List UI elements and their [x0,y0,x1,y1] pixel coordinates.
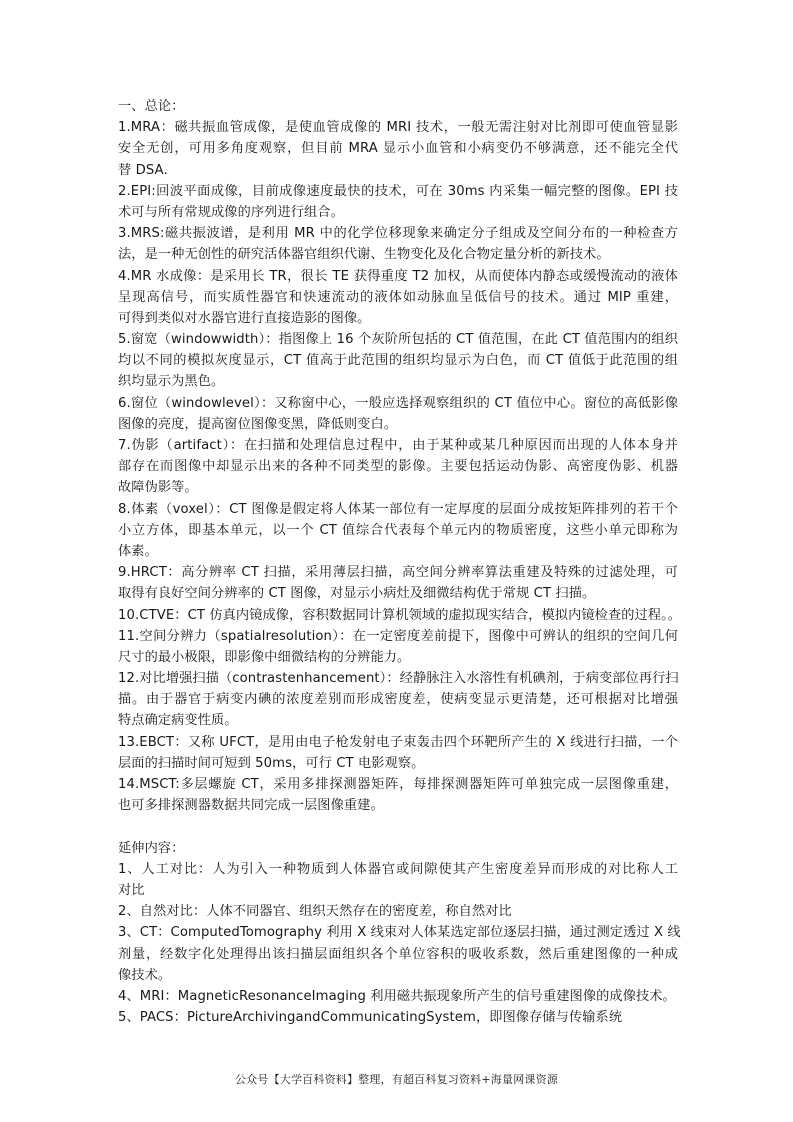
paragraph-line: 6.窗位（windowlevel）：又称窗中心，一般应选择观察组织的 CT 值位… [118,393,678,414]
paragraph-line: 替 DSA. [118,160,678,181]
extended-item-artificial-contrast: 1、人工对比：人为引入一种物质到人体器官或间隙使其产生密度差异而形成的对比称人工… [118,859,678,901]
paragraph-line: 3、CT：ComputedTomography 利用 X 线束对人体某选定部位逐… [118,922,678,943]
paragraph-line: 部存在而图像中却显示出来的各种不同类型的影像。主要包括运动伪影、高密度伪影、机器 [118,456,678,477]
term-item-window-width: 5.窗宽（windowwidth）：指图像上 16 个灰阶所包括的 CT 值范围… [118,329,678,393]
paragraph-line: 层面的扫描时间可短到 50ms，可行 CT 电影观察。 [118,753,678,774]
paragraph-line: 剂量，经数字化处理得出该扫描层面组织各个单位容积的吸收系数，然后重建图像的一种成 [118,944,678,965]
paragraph-line: 3.MRS:磁共振波谱，是利用 MR 中的化学位移现象来确定分子组成及空间分布的… [118,223,678,244]
paragraph-line: 尺寸的最小极限，即影像中细微结构的分辨能力。 [118,647,678,668]
extended-item-mri: 4、MRI：MagneticResonanceImaging 利用磁共振现象所产… [118,986,678,1007]
paragraph-line: 图像的亮度，提高窗位图像变黑，降低则变白。 [118,414,678,435]
paragraph-line: 14.MSCT:多层螺旋 CT，采用多排探测器矩阵，每排探测器矩阵可单独完成一层… [118,774,678,795]
paragraph-line: 8.体素（voxel）：CT 图像是假定将人体某一部位有一定厚度的层面分成按矩阵… [118,499,678,520]
paragraph-line: 5.窗宽（windowwidth）：指图像上 16 个灰阶所包括的 CT 值范围… [118,329,678,350]
paragraph-line: 术可与所有常规成像的序列进行组合。 [118,202,678,223]
term-item-spatial-resolution: 11.空间分辨力（spatialresolution）：在一定密度差前提下，图像… [118,626,678,668]
paragraph-line: 12.对比增强扫描（contrastenhancement）：经静脉注入水溶性有… [118,668,678,689]
term-item-mrs: 3.MRS:磁共振波谱，是利用 MR 中的化学位移现象来确定分子组成及空间分布的… [118,223,678,265]
document-page: 一、总论： 1.MRA：磁共振血管成像，是使血管成像的 MRI 技术，一般无需注… [118,96,678,1028]
paragraph-line: 1.MRA：磁共振血管成像，是使血管成像的 MRI 技术，一般无需注射对比剂即可… [118,117,678,138]
paragraph-line: 1、人工对比：人为引入一种物质到人体器官或间隙使其产生密度差异而形成的对比称人工 [118,859,678,880]
extended-item-natural-contrast: 2、自然对比：人体不同器官、组织天然存在的密度差，称自然对比 [118,901,678,922]
paragraph-line: 均以不同的模拟灰度显示，CT 值高于此范围的组织均显示为白色，而 CT 值低于此… [118,350,678,371]
paragraph-line: 安全无创，可用多角度观察，但目前 MRA 显示小血管和小病变仍不够满意，还不能完… [118,138,678,159]
paragraph-line: 故障伪影等。 [118,477,678,498]
page-footer: 公众号【大学百科资料】整理，有超百科复习资料+海量网课资源 [0,1071,793,1087]
term-item-msct: 14.MSCT:多层螺旋 CT，采用多排探测器矩阵，每排探测器矩阵可单独完成一层… [118,774,678,816]
section-heading-extended: 延伸内容： [118,838,678,859]
paragraph-line: 呈现高信号，而实质性器官和快速流动的液体如动脉血呈低信号的技术。通过 MIP 重… [118,287,678,308]
term-item-voxel: 8.体素（voxel）：CT 图像是假定将人体某一部位有一定厚度的层面分成按矩阵… [118,499,678,563]
paragraph-line: 特点确定病变性质。 [118,710,678,731]
term-item-ctve: 10.CTVE：CT 仿真内镜成像，容积数据同计算机领域的虚拟现实结合，模拟内镜… [118,605,678,626]
paragraph-line: 可得到类似对水器官进行直接造影的图像。 [118,308,678,329]
paragraph-line: 取得有良好空间分辨率的 CT 图像，对显示小病灶及细微结构优于常规 CT 扫描。 [118,583,678,604]
paragraph-line: 7.伪影（artifact）：在扫描和处理信息过程中，由于某种或某几种原因而出现… [118,435,678,456]
term-item-epi: 2.EPI:回波平面成像，目前成像速度最快的技术，可在 30ms 内采集一幅完整… [118,181,678,223]
paragraph-line: 5、PACS：PictureArchivingandCommunicatingS… [118,1007,678,1028]
paragraph-line: 像技术。 [118,965,678,986]
term-item-window-level: 6.窗位（windowlevel）：又称窗中心，一般应选择观察组织的 CT 值位… [118,393,678,435]
paragraph-line: 也可多排探测器数据共同完成一层图像重建。 [118,795,678,816]
paragraph-line: 13.EBCT：又称 UFCT，是用由电子枪发射电子束轰击四个环靶所产生的 X … [118,732,678,753]
term-item-ebct: 13.EBCT：又称 UFCT，是用由电子枪发射电子束轰击四个环靶所产生的 X … [118,732,678,774]
term-item-contrast-enhancement: 12.对比增强扫描（contrastenhancement）：经静脉注入水溶性有… [118,668,678,732]
paragraph-line: 织均显示为黑色。 [118,371,678,392]
term-item-hrct: 9.HRCT：高分辨率 CT 扫描，采用薄层扫描，高空间分辨率算法重建及特殊的过… [118,562,678,604]
paragraph-line: 法，是一种无创性的研究活体器官组织代谢、生物变化及化合物定量分析的新技术。 [118,244,678,265]
paragraph-line: 小立方体，即基本单元，以一个 CT 值综合代表每个单元内的物质密度，这些小单元即… [118,520,678,541]
paragraph-line: 10.CTVE：CT 仿真内镜成像，容积数据同计算机领域的虚拟现实结合，模拟内镜… [118,605,678,626]
paragraph-line: 11.空间分辨力（spatialresolution）：在一定密度差前提下，图像… [118,626,678,647]
extended-item-pacs: 5、PACS：PictureArchivingandCommunicatingS… [118,1007,678,1028]
paragraph-line: 2.EPI:回波平面成像，目前成像速度最快的技术，可在 30ms 内采集一幅完整… [118,181,678,202]
paragraph-line: 9.HRCT：高分辨率 CT 扫描，采用薄层扫描，高空间分辨率算法重建及特殊的过… [118,562,678,583]
paragraph-line: 4、MRI：MagneticResonanceImaging 利用磁共振现象所产… [118,986,678,1007]
paragraph-line: 2、自然对比：人体不同器官、组织天然存在的密度差，称自然对比 [118,901,678,922]
spacer [118,816,678,837]
term-item-mra: 1.MRA：磁共振血管成像，是使血管成像的 MRI 技术，一般无需注射对比剂即可… [118,117,678,181]
extended-item-ct: 3、CT：ComputedTomography 利用 X 线束对人体某选定部位逐… [118,922,678,986]
term-item-mr-hydrography: 4.MR 水成像：是采用长 TR，很长 TE 获得重度 T2 加权，从而使体内静… [118,266,678,330]
term-item-artifact: 7.伪影（artifact）：在扫描和处理信息过程中，由于某种或某几种原因而出现… [118,435,678,499]
paragraph-line: 对比 [118,880,678,901]
paragraph-line: 4.MR 水成像：是采用长 TR，很长 TE 获得重度 T2 加权，从而使体内静… [118,266,678,287]
paragraph-line: 描。由于器官于病变内碘的浓度差别而形成密度差，使病变显示更清楚，还可根据对比增强 [118,689,678,710]
section-heading-general: 一、总论： [118,96,678,117]
paragraph-line: 体素。 [118,541,678,562]
